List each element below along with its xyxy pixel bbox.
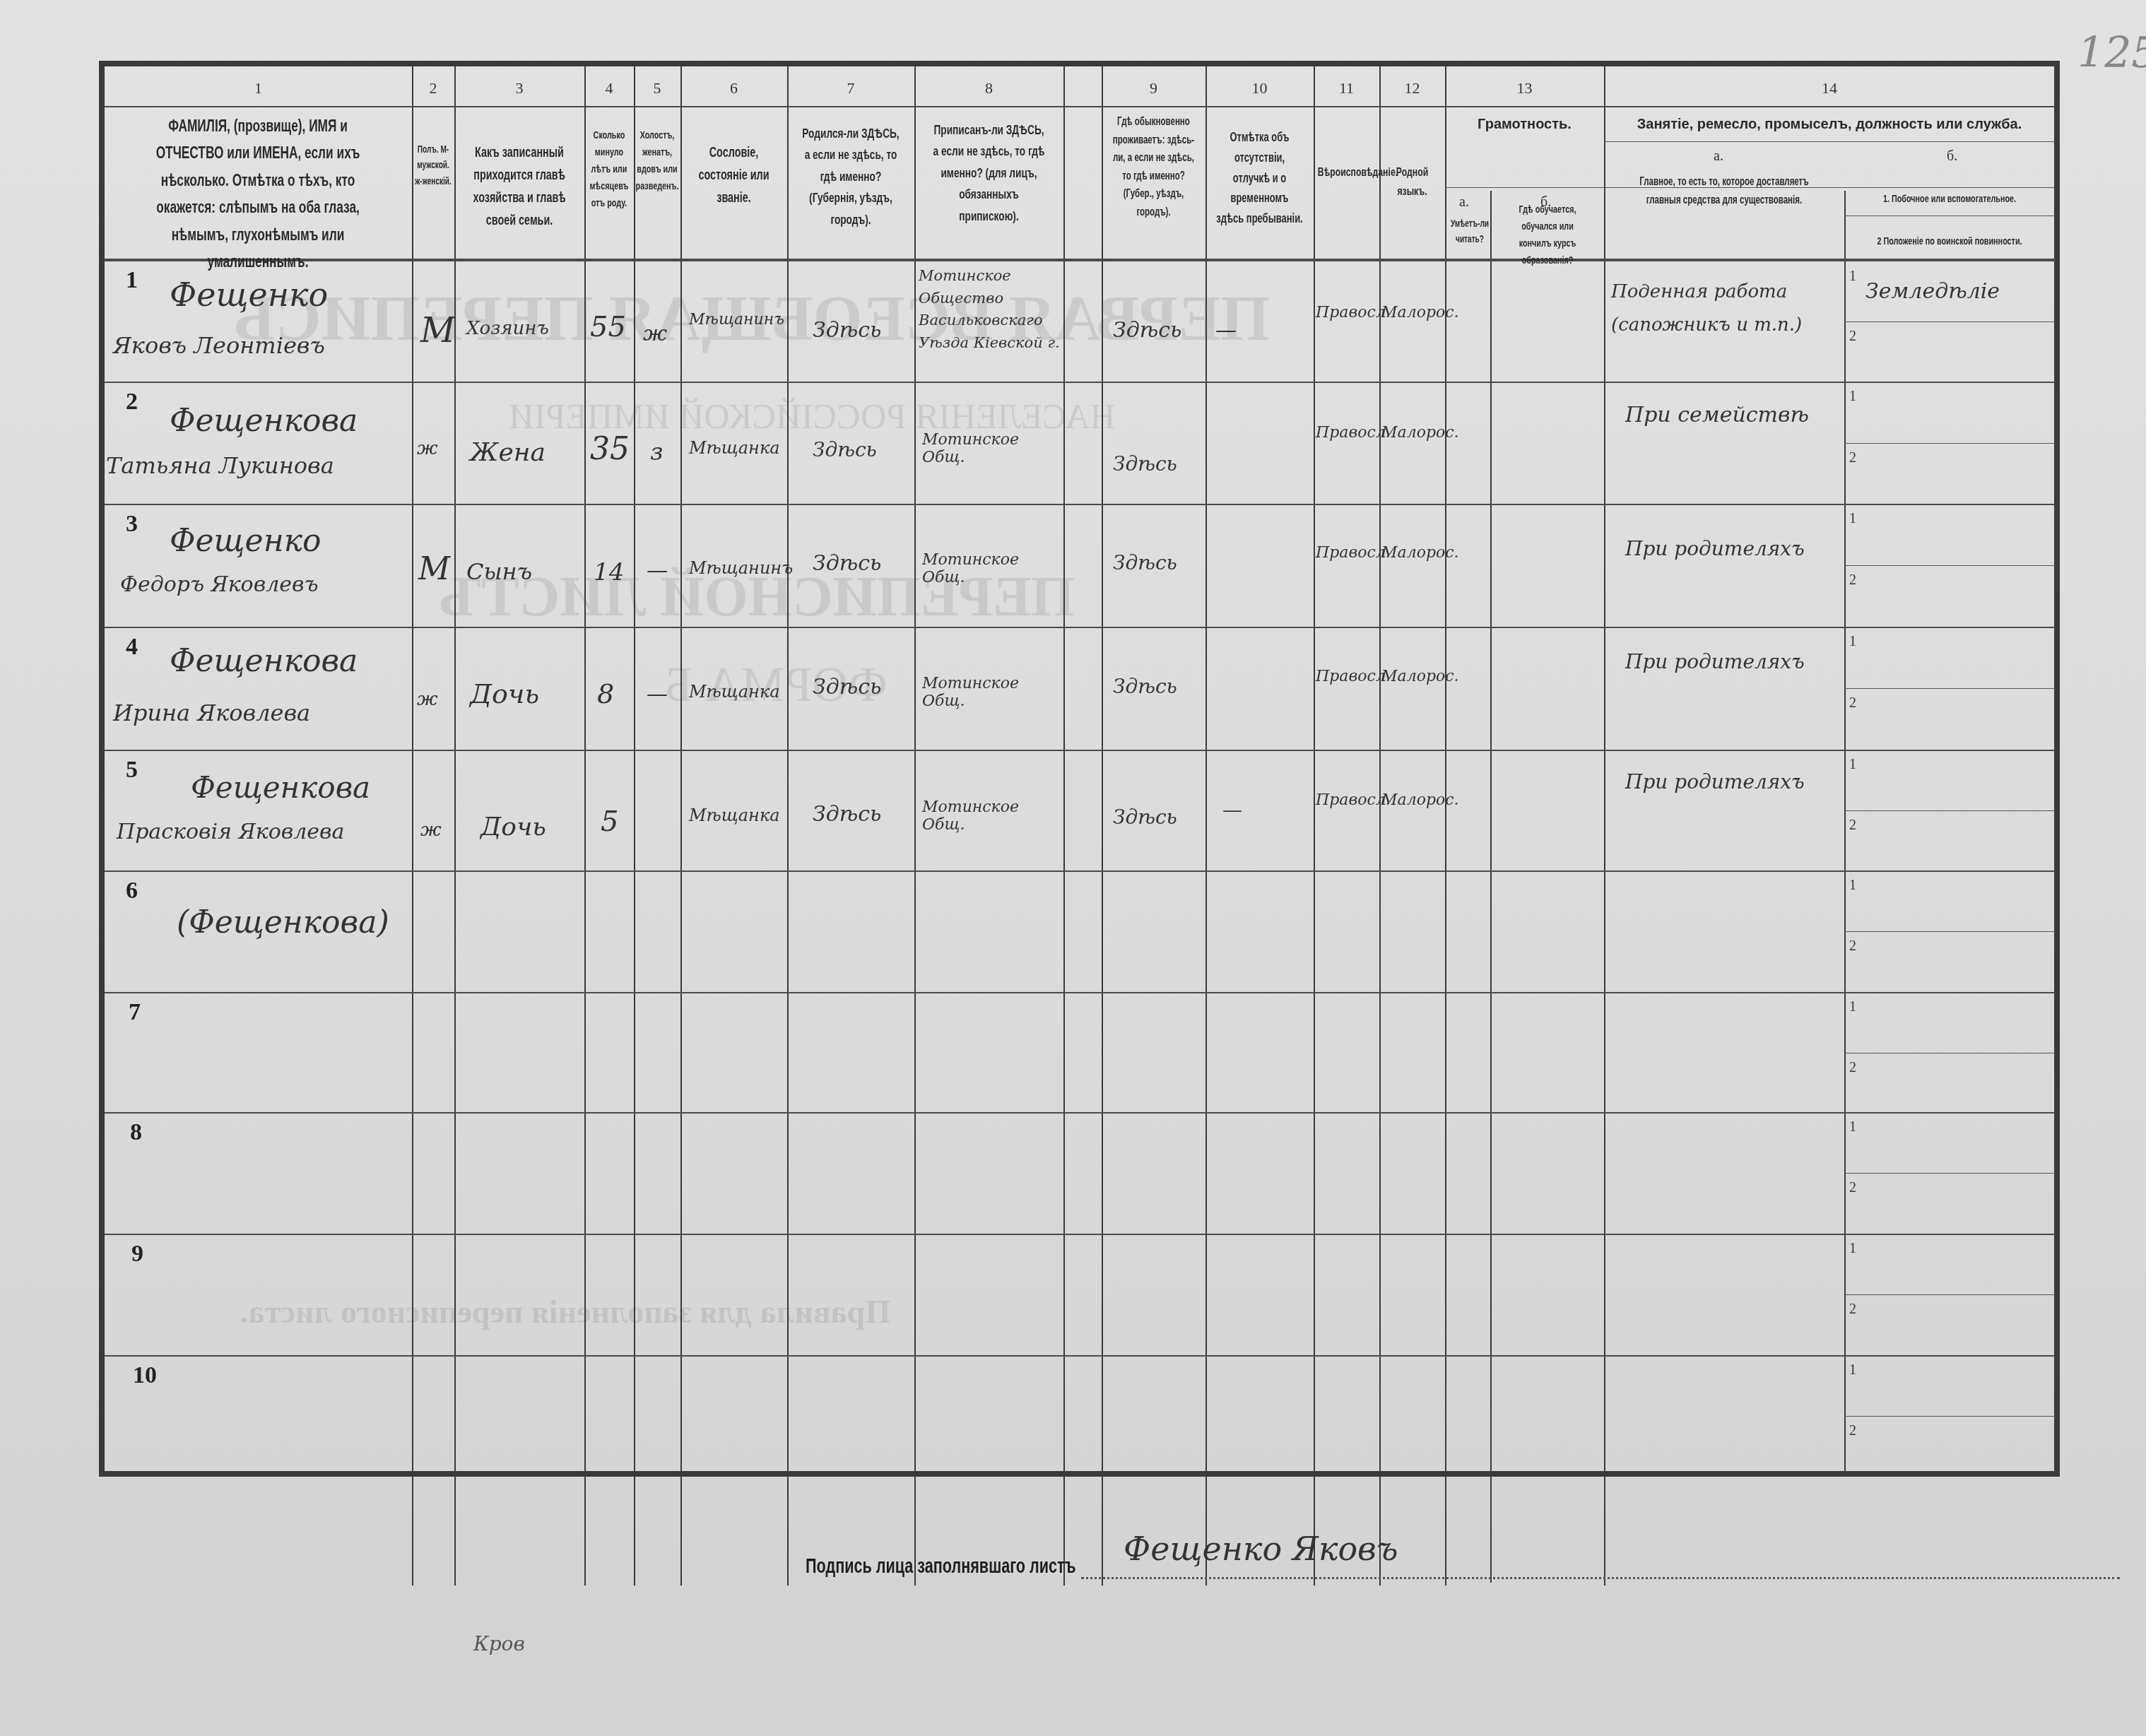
col-divider [1844,191,1846,1477]
subrow-label: 2 [1849,1423,1856,1439]
subrow-label: 1 [1849,999,1856,1015]
census-sheet: ПЕРВАЯ ВСЕОБЩАЯ ПЕРЕПИСЬ НАСЕЛЕНІЯ РОССІ… [0,0,2146,1736]
row-line [105,627,2055,628]
cell-marital: — [647,558,668,583]
col-header-birthplace: Родился-ли ЗДѢСЬ, а если не здѣсь, то гд… [800,124,902,231]
pencil-note: Кров [473,1632,525,1655]
col-header-language: Родной языкъ. [1384,163,1441,201]
header-number-row-line [105,106,2055,107]
margin-page-number: 125 [2077,28,2146,78]
subrow-label: 1 [1849,389,1856,405]
row-number: 10 [133,1362,157,1389]
col-divider [680,66,682,1586]
row-number: 7 [129,999,141,1026]
subrow-line [1844,931,2055,932]
col-divider [1314,66,1315,1586]
col-number-2: 2 [412,79,454,98]
cell-surname: Фещенкова [170,403,358,439]
col-header-can-read: Умѣетъ-ли читать? [1449,215,1490,247]
cell-birthplace: Здѣсь [813,802,881,827]
cell-birthplace: Здѣсь [813,438,877,461]
col-header-name: ФАМИЛІЯ, (прозвище), ИМЯ и ОТЧЕСТВО или … [138,113,377,276]
subrow-label: 2 [1849,329,1856,345]
cell-residence: Здѣсь [1113,318,1181,343]
subrow-line [1844,1294,2055,1295]
subrow-line [1844,688,2055,689]
cell-relation: Жена [470,438,546,467]
cell-occupation-main: При семействѣ [1625,403,1809,427]
cell-religion: Правосл. [1316,544,1391,562]
cell-given-names: Прасковія Яковлева [117,820,344,844]
subrow-label: 1 [1849,757,1856,773]
cell-occupation-main: При родителяхъ [1625,650,1837,673]
subrow-label: 1 [1849,1241,1856,1257]
col-number-1: 1 [105,79,412,98]
subrow-label: 2 [1849,1060,1856,1076]
col-divider [634,66,635,1586]
col-divider [1445,66,1446,1586]
row-number: 2 [126,389,138,415]
row-number: 4 [126,634,138,661]
row-line [105,870,2055,872]
col-header-registered: Приписанъ-ли ЗДѢСЬ, а если не здѣсь, то … [930,120,1047,228]
col-divider [584,66,586,1586]
cell-language: Малорос. [1381,424,1459,442]
cell-residence: Здѣсь [1113,551,1177,574]
col-header-literacy: Грамотность. [1445,113,1604,136]
col-number-11: 11 [1314,79,1379,98]
col-header-military: 2 Положеніе по воинской повинности. [1869,233,2031,250]
cell-registered: Мотинское Общ. [922,675,1063,710]
col-header-age: Сколько минуло лѣтъ или мѣсяцевъ отъ род… [586,127,632,212]
col-header-occupation-main: Главное, то есть то, которое доставляетъ… [1632,173,1815,209]
cell-occupation-side: Земледѣліе [1865,279,2000,304]
cell-marital: ж [643,321,667,346]
cell-registered: Мотинское Общ. [922,798,1063,834]
col-divider [914,66,916,1586]
cell-estate: Мѣщанинъ [689,311,788,329]
col-header-residence: Гдѣ обыкновенно проживаетъ: здѣсь-ли, а … [1111,113,1196,222]
subrow-line [1844,443,2055,444]
cell-surname: Фещенко [170,276,328,314]
col-divider [1490,191,1492,1583]
cell-residence: Здѣсь [1113,805,1177,829]
subrow-label: 2 [1849,817,1856,834]
cell-religion: Правосл. [1316,304,1391,321]
cell-language: Малорос. [1381,791,1459,809]
cell-relation: Дочь [470,678,539,709]
subrow-line [1844,321,2055,322]
cell-surname: Фещенкова [170,643,358,679]
row-line [105,1234,2055,1235]
cell-registered: Мотинское Общ. [922,431,1063,466]
col-number-8: 8 [914,79,1063,98]
col-number-9: 9 [1102,79,1205,98]
cell-age: 14 [594,558,624,586]
signature-label: Подпись лица заполнявшаго листъ [806,1554,1075,1578]
col-number-4: 4 [584,79,634,98]
cell-occupation-main: Поденная работа (сапожникъ и т.п.) [1611,276,1837,342]
header-sub-line [1844,215,2055,216]
cell-birthplace: Здѣсь [813,675,881,699]
col-header-absence: Отмѣтка объ отсутствіи, отлучкѣ и о врем… [1215,127,1304,229]
row-number: 6 [126,878,138,904]
cell-estate: Мѣщанка [689,438,780,458]
col-divider [1604,66,1605,1586]
col-header-literacy-a: а. [1459,194,1469,211]
col-divider [1205,66,1207,1586]
cell-age: 35 [590,431,630,467]
subrow-label: 1 [1849,634,1856,650]
subrow-label: 1 [1849,511,1856,527]
subrow-label: 1 [1849,878,1856,894]
cell-religion: Правосл. [1316,668,1391,685]
subrow-label: 2 [1849,572,1856,589]
subrow-label: 2 [1849,450,1856,466]
cell-relation: Сынъ [466,558,532,585]
cell-occupation-main: При родителяхъ [1625,537,1837,560]
cell-given-names: Федоръ Яковлевъ [120,572,318,597]
cell-estate: Мѣщанка [689,805,780,825]
subrow-line [1844,565,2055,566]
col-number-6: 6 [680,79,787,98]
row-line [105,750,2055,751]
subrow-label: 2 [1849,1180,1856,1196]
col-number-14: 14 [1604,79,2055,98]
row-line [105,992,2055,993]
cell-residence: Здѣсь [1113,675,1177,698]
cell-occupation-main: При родителяхъ [1625,770,1837,793]
row-number: 1 [126,267,138,294]
col-divider [787,66,789,1586]
cell-language: Малорос. [1381,304,1459,321]
cell-age: 5 [601,805,618,838]
col-header-occupation-b: б. [1947,148,1957,165]
col-header-occupation: Занятіе, ремесло, промыселъ, должность и… [1604,113,2055,136]
cell-relation: Дочь [481,813,546,842]
subrow-line [1844,1173,2055,1174]
cell-sex: ж [417,438,438,459]
subrow-label: 1 [1849,1119,1856,1135]
cell-residence: Здѣсь [1113,452,1177,476]
signature-line [1081,1577,2120,1579]
col-header-relation: Какъ записанный приходится главѣ хозяйст… [468,141,572,232]
col-header-occupation-a: а. [1714,148,1723,165]
col-divider [1102,66,1103,1586]
col-header-occupation-side: 1. Побочное или вспомогательное. [1869,191,2031,208]
cell-registered: Мотинское Общество Васильковскаго Уѣзда … [919,265,1067,354]
subrow-line [1844,1053,2055,1053]
cell-birthplace: Здѣсь [813,318,881,343]
cell-age: 55 [590,311,626,343]
row-number: 3 [126,511,138,538]
row-line [105,382,2055,383]
row-line [105,1112,2055,1114]
cell-age: 8 [597,678,614,709]
subrow-label: 2 [1849,938,1856,955]
cell-registered: Мотинское Общ. [922,551,1063,586]
col-number-5: 5 [634,79,680,98]
cell-sex: М [420,311,455,350]
col-number-7: 7 [787,79,914,98]
col-number-10: 10 [1205,79,1314,98]
col-header-marital: Холостъ, женатъ, вдовъ или разведенъ. [635,127,679,195]
subrow-label: 2 [1849,1301,1856,1318]
col-header-estate: Сословіе, состояніе или званіе. [690,141,777,209]
header-sub-line [1604,141,2055,142]
col-divider [454,66,456,1586]
cell-language: Малорос. [1381,668,1459,685]
subrow-label: 2 [1849,695,1856,711]
cell-given-names: Татьяна Лукинова [106,452,334,479]
col-divider [1379,66,1381,1586]
col-header-education: Гдѣ обучается, обучался или кончилъ курс… [1504,201,1591,269]
cell-absence: — [1215,318,1237,343]
cell-surname: (Фещенкова) [177,904,389,940]
row-number: 8 [130,1119,142,1146]
row-number: 9 [131,1241,143,1268]
cell-given-names: Ирина Яковлева [113,699,310,726]
subrow-label: 1 [1849,1362,1856,1378]
col-divider [412,66,413,1586]
cell-surname: Фещенко [170,523,321,559]
cell-estate: Мѣщанинъ [689,558,793,578]
row-number: 5 [126,757,138,784]
header-bottom-line [105,259,2055,261]
cell-relation: Хозяинъ [466,318,549,339]
subrow-line [1844,1416,2055,1417]
signature-value: Фещенко Яковъ [1124,1530,1398,1568]
cell-estate: Мѣщанка [689,682,780,702]
col-header-sex: Полъ. М-мужской. ж-женскій. [413,141,454,189]
cell-sex: М [418,551,450,587]
cell-marital: — [647,682,668,707]
row-line [105,504,2055,505]
subrow-line [1844,810,2055,811]
cell-surname: Фещенкова [191,770,370,805]
cell-sex: ж [417,689,438,710]
cell-given-names: Яковъ Леонтіевъ [113,332,325,359]
cell-language: Малорос. [1381,544,1459,562]
col-number-3: 3 [454,79,584,98]
row-line [105,1355,2055,1357]
cell-religion: Правосл. [1316,424,1391,442]
col-number-13: 13 [1445,79,1604,98]
cell-marital: з [650,438,664,466]
cell-birthplace: Здѣсь [813,551,881,576]
col-header-religion: Вѣроисповѣданіе. [1318,163,1375,182]
cell-sex: ж [420,820,442,841]
cell-religion: Правосл. [1316,791,1391,809]
subrow-label: 1 [1849,268,1856,285]
col-number-12: 12 [1379,79,1445,98]
census-table [99,61,2060,1477]
cell-absence: — [1222,798,1242,822]
